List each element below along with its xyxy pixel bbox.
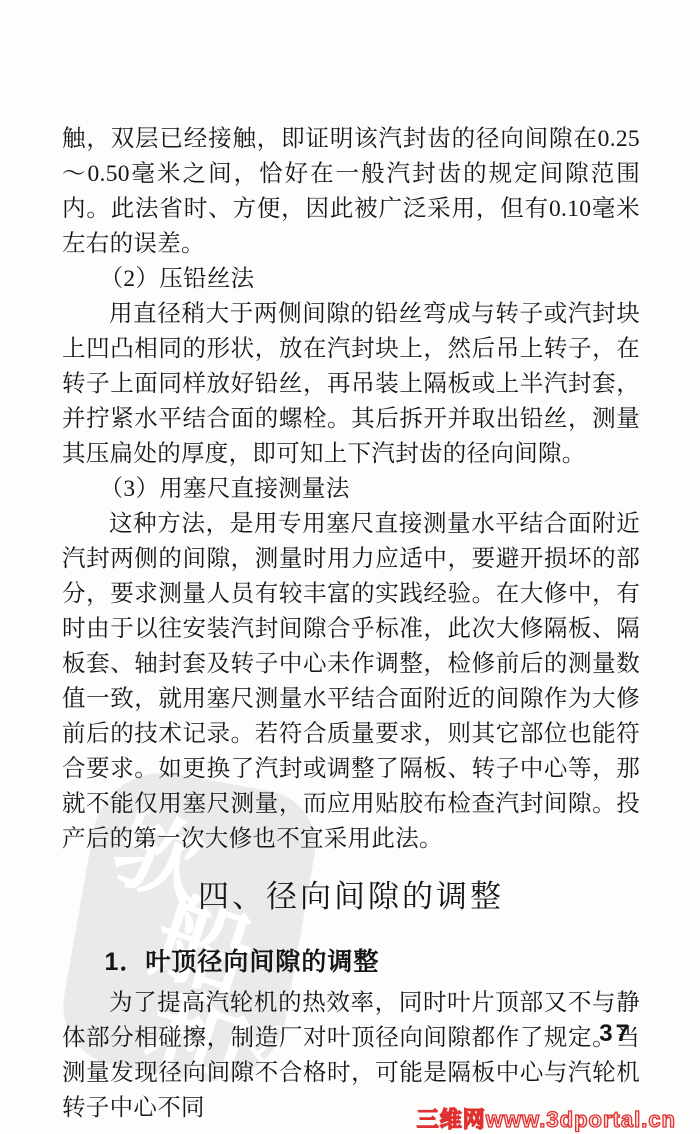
book-page: 欤 船 和 PDG 触，双层已经接触，即证明该汽封齿的径向间隙在0.25～0.5… bbox=[0, 0, 700, 1134]
page-number: 37 bbox=[599, 1020, 632, 1048]
method-2-heading: （2）压铅丝法 bbox=[62, 262, 640, 297]
body-paragraph: 这种方法，是用专用塞尺直接测量水平结合面附近汽封两侧的间隙，测量时用力应适中，要… bbox=[62, 507, 640, 857]
site-watermark: 三维网www.3dportal.cn bbox=[417, 1103, 676, 1134]
section-heading: 四、径向间隙的调整 bbox=[62, 874, 640, 920]
subsection-heading: 1．叶顶径向间隙的调整 bbox=[62, 945, 640, 980]
body-paragraph: 用直径稍大于两侧间隙的铅丝弯成与转子或汽封块上凹凸相同的形状，放在汽封块上，然后… bbox=[62, 297, 640, 472]
body-paragraph: 触，双层已经接触，即证明该汽封齿的径向间隙在0.25～0.50毫米之间，恰好在一… bbox=[62, 122, 640, 262]
text-column: 触，双层已经接触，即证明该汽封齿的径向间隙在0.25～0.50毫米之间，恰好在一… bbox=[62, 122, 640, 1126]
method-3-heading: （3）用塞尺直接测量法 bbox=[62, 472, 640, 507]
